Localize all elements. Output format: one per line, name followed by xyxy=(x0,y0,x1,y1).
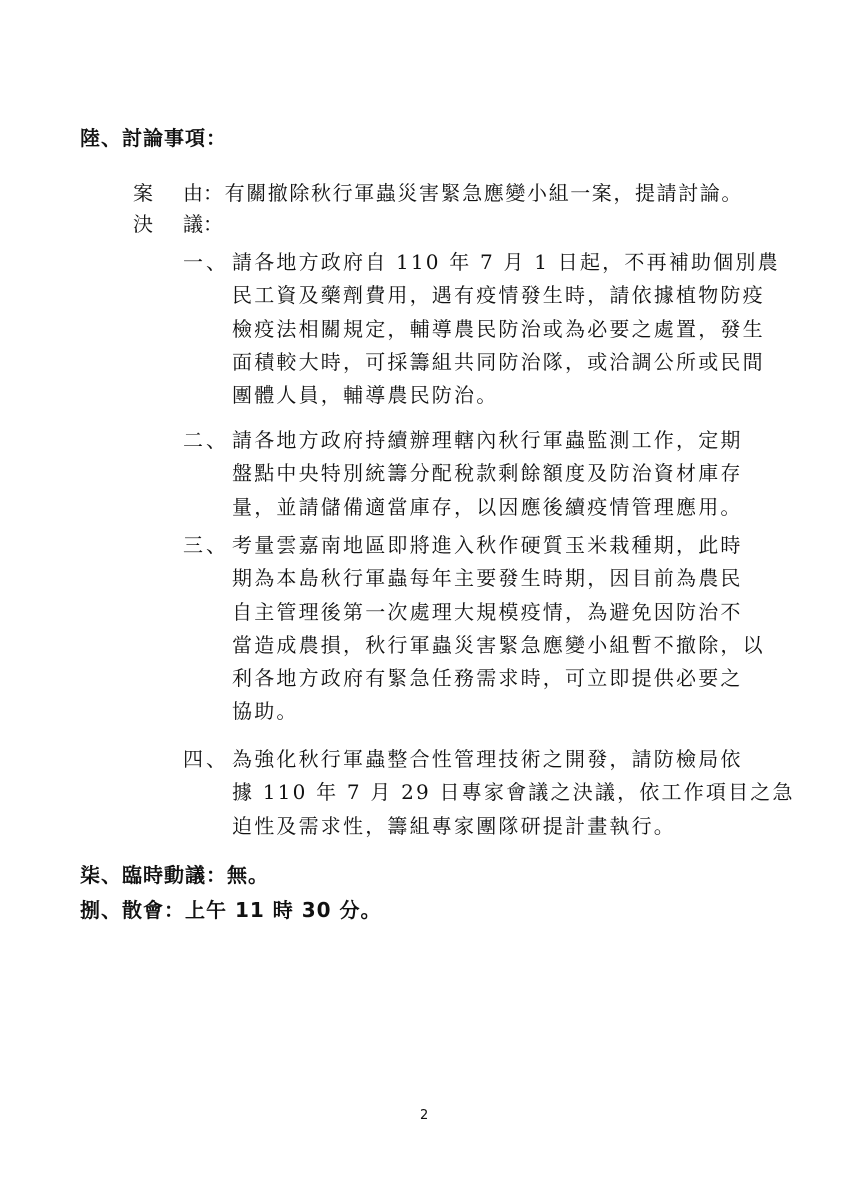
item-line: 考量雲嘉南地區即將進入秋作硬質玉米栽種期，此時 xyxy=(232,529,765,562)
section-heading-adjournment: 捌、散會：上午 11 時 30 分。 xyxy=(80,894,382,923)
item-line: 請各地方政府自 110 年 7 月 1 日起，不再補助個別農 xyxy=(232,246,780,279)
section-heading-extempore-motions: 柒、臨時動議：無。 xyxy=(80,859,269,888)
item-line: 盤點中央特別統籌分配稅款剩餘額度及防治資材庫存 xyxy=(232,457,743,490)
item-line: 民工資及藥劑費用，遇有疫情發生時，請依據植物防疫 xyxy=(232,279,780,312)
page-number: 2 xyxy=(420,1108,428,1123)
resolution-colon: ： xyxy=(203,208,225,237)
item-line: 自主管理後第一次處理大規模疫情，為避免因防治不 xyxy=(232,596,765,629)
item-line: 檢疫法相關規定，輔導農民防治或為必要之處置，發生 xyxy=(232,313,780,346)
item-number: 二、 xyxy=(183,424,229,453)
item-line: 期為本島秋行軍蟲每年主要發生時期，因目前為農民 xyxy=(232,562,765,595)
item-line: 為強化秋行軍蟲整合性管理技術之開發，請防檢局依 xyxy=(232,743,795,776)
item-line: 面積較大時，可採籌組共同防治隊，或洽調公所或民間 xyxy=(232,346,780,379)
resolution-label-1: 決 xyxy=(133,208,183,237)
item-line: 量，並請儲備適當庫存，以因應後續疫情管理應用。 xyxy=(232,491,743,524)
item-line: 利各地方政府有緊急任務需求時，可立即提供必要之 xyxy=(232,662,765,695)
resolution-label-2: 議 xyxy=(183,208,203,237)
item-line: 據 110 年 7 月 29 日專家會議之決議，依工作項目之急 xyxy=(232,776,795,809)
item-line: 協助。 xyxy=(232,695,765,728)
item-line: 當造成農損，秋行軍蟲災害緊急應變小組暫不撤除，以 xyxy=(232,629,765,662)
item-line: 團體人員，輔導農民防治。 xyxy=(232,379,780,412)
item-number: 一、 xyxy=(183,246,229,275)
item-line: 請各地方政府持續辦理轄內秋行軍蟲監測工作，定期 xyxy=(232,424,743,457)
document-page: 陸、討論事項： 案 由 ：有關撤除秋行軍蟲災害緊急應變小組一案，提請討論。 決 … xyxy=(0,0,849,1200)
section-heading-discussion: 陸、討論事項： xyxy=(80,122,227,151)
item-number: 四、 xyxy=(183,743,229,772)
resolution-row: 決 議 ： xyxy=(133,208,225,237)
item-line: 迫性及需求性，籌組專家團隊研提計畫執行。 xyxy=(232,810,795,843)
item-number: 三、 xyxy=(183,529,229,558)
case-text: ：有關撤除秋行軍蟲災害緊急應變小組一案，提請討論。 xyxy=(203,177,743,206)
case-label-1: 案 xyxy=(133,177,183,206)
case-row: 案 由 ：有關撤除秋行軍蟲災害緊急應變小組一案，提請討論。 xyxy=(133,177,743,206)
case-label-2: 由 xyxy=(183,177,203,206)
